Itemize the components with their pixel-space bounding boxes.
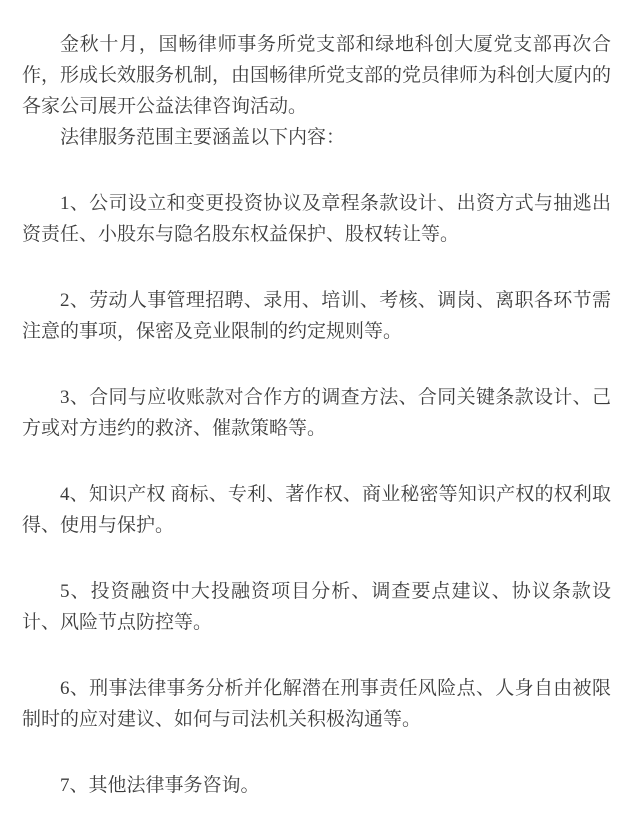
list-item-5: 5、投资融资中大投融资项目分析、调查要点建议、协议条款设计、风险节点防控等。 (22, 576, 611, 638)
list-item-6: 6、刑事法律事务分析并化解潜在刑事责任风险点、人身自由被限制时的应对建议、如何与… (22, 673, 611, 735)
list-item-7: 7、其他法律事务咨询。 (22, 770, 611, 801)
list-item-3: 3、合同与应收账款对合作方的调查方法、合同关键条款设计、己方或对方违约的救济、催… (22, 382, 611, 444)
intro-paragraph: 金秋十月，国畅律师事务所党支部和绿地科创大厦党支部再次合作，形成长效服务机制，由… (22, 29, 611, 122)
list-item-1: 1、公司设立和变更投资协议及章程条款设计、出资方式与抽逃出资责任、小股东与隐名股… (22, 188, 611, 250)
document-page: 金秋十月，国畅律师事务所党支部和绿地科创大厦党支部再次合作，形成长效服务机制，由… (0, 0, 633, 840)
list-item-2: 2、劳动人事管理招聘、录用、培训、考核、调岗、离职各环节需注意的事项，保密及竞业… (22, 285, 611, 347)
scope-heading: 法律服务范围主要涵盖以下内容： (22, 122, 611, 153)
list-item-4: 4、知识产权 商标、专利、著作权、商业秘密等知识产权的权利取得、使用与保护。 (22, 479, 611, 541)
